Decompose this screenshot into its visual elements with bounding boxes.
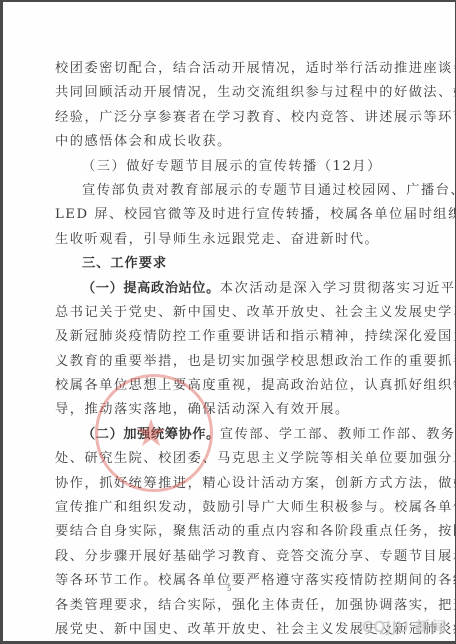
text-line: 义教育的重要举措，也是切实加强学校思想政治工作的重要抓手。 [55, 350, 403, 374]
requirement-1-first-line: （一）提高政治站位。本次活动是深入学习贯彻落实习近平 [55, 277, 403, 301]
text-line: 各类管理要求，结合实际，强化主体责任，加强协调落实，把开 [55, 594, 403, 618]
text-line: 协作，抓好统筹推进，精心设计活动方案，创新方式方法，做好 [55, 472, 403, 496]
text-line: 处、研究生院、校团委、马克思主义学院等相关单位要加强分工 [55, 447, 403, 471]
text-line: 要结合自身实际，聚焦活动的重点内容和各阶段重点任务，按阶 [55, 520, 403, 544]
document-body: 校团委密切配合，结合活动开展情况，适时举行活动推进座谈会， 共同回顾活动开展情况… [55, 57, 403, 642]
text-line: 宣传部负责对教育部展示的专题节目通过校园网、广播台、 [55, 179, 403, 203]
text-line: 经验，广泛分享参赛者在学习教育、校内竞答、讲述展示等环节 [55, 106, 403, 130]
text-line: 导，推动落实落地，确保活动深入有效开展。 [55, 398, 403, 422]
text-line: 校团委密切配合，结合活动开展情况，适时举行活动推进座谈会， [55, 57, 403, 81]
text-line: 总书记关于党史、新中国史、改革开放史、社会主义发展史学习 [55, 301, 403, 325]
requirement-1-lead: （一）提高政治站位。 [82, 281, 220, 296]
section-heading: 三、工作要求 [55, 252, 403, 276]
text-line: 段、分步骤开展好基础学习教育、竞答交流分享、专题节目展示 [55, 545, 403, 569]
text-span: 宣传部、学工部、教师工作部、教务 [220, 427, 455, 442]
page-number: 5 [227, 585, 231, 593]
watermark-logo: CQJJU 新闻 [362, 616, 447, 637]
document-page: 校团委密切配合，结合活动开展情况，适时举行活动推进座谈会， 共同回顾活动开展情况… [3, 2, 455, 642]
requirement-2-lead: （二）加强统筹协作。 [82, 427, 220, 442]
text-span: 本次活动是深入学习贯彻落实习近平 [220, 281, 455, 296]
text-line: 及新冠肺炎疫情防控工作重要讲话和指示精神，持续深化爱国主 [55, 325, 403, 349]
text-line: 展党史、新中国史、改革开放史、社会主义发展史及新冠肺炎疫 [55, 618, 403, 642]
requirement-2-first-line: （二）加强统筹协作。宣传部、学工部、教师工作部、教务 [55, 423, 403, 447]
text-line: 中的感悟体会和成长收获。 [55, 130, 403, 154]
text-line: LED 屏、校园官微等及时进行宣传转播，校属各单位届时组织师 [55, 203, 403, 227]
text-line: 宣传推广和组织发动，鼓励引导广大师生积极参与。校属各单位 [55, 496, 403, 520]
subsection-title: （三）做好专题节目展示的宣传转播（12月） [55, 155, 403, 179]
text-line: 校属各单位思想上要高度重视，提高政治站位，认真抓好组织领 [55, 374, 403, 398]
text-line: 共同回顾活动开展情况，生动交流组织参与过程中的好做法、好 [55, 81, 403, 105]
text-line: 生收听观看，引导师生永远跟党走、奋进新时代。 [55, 228, 403, 252]
